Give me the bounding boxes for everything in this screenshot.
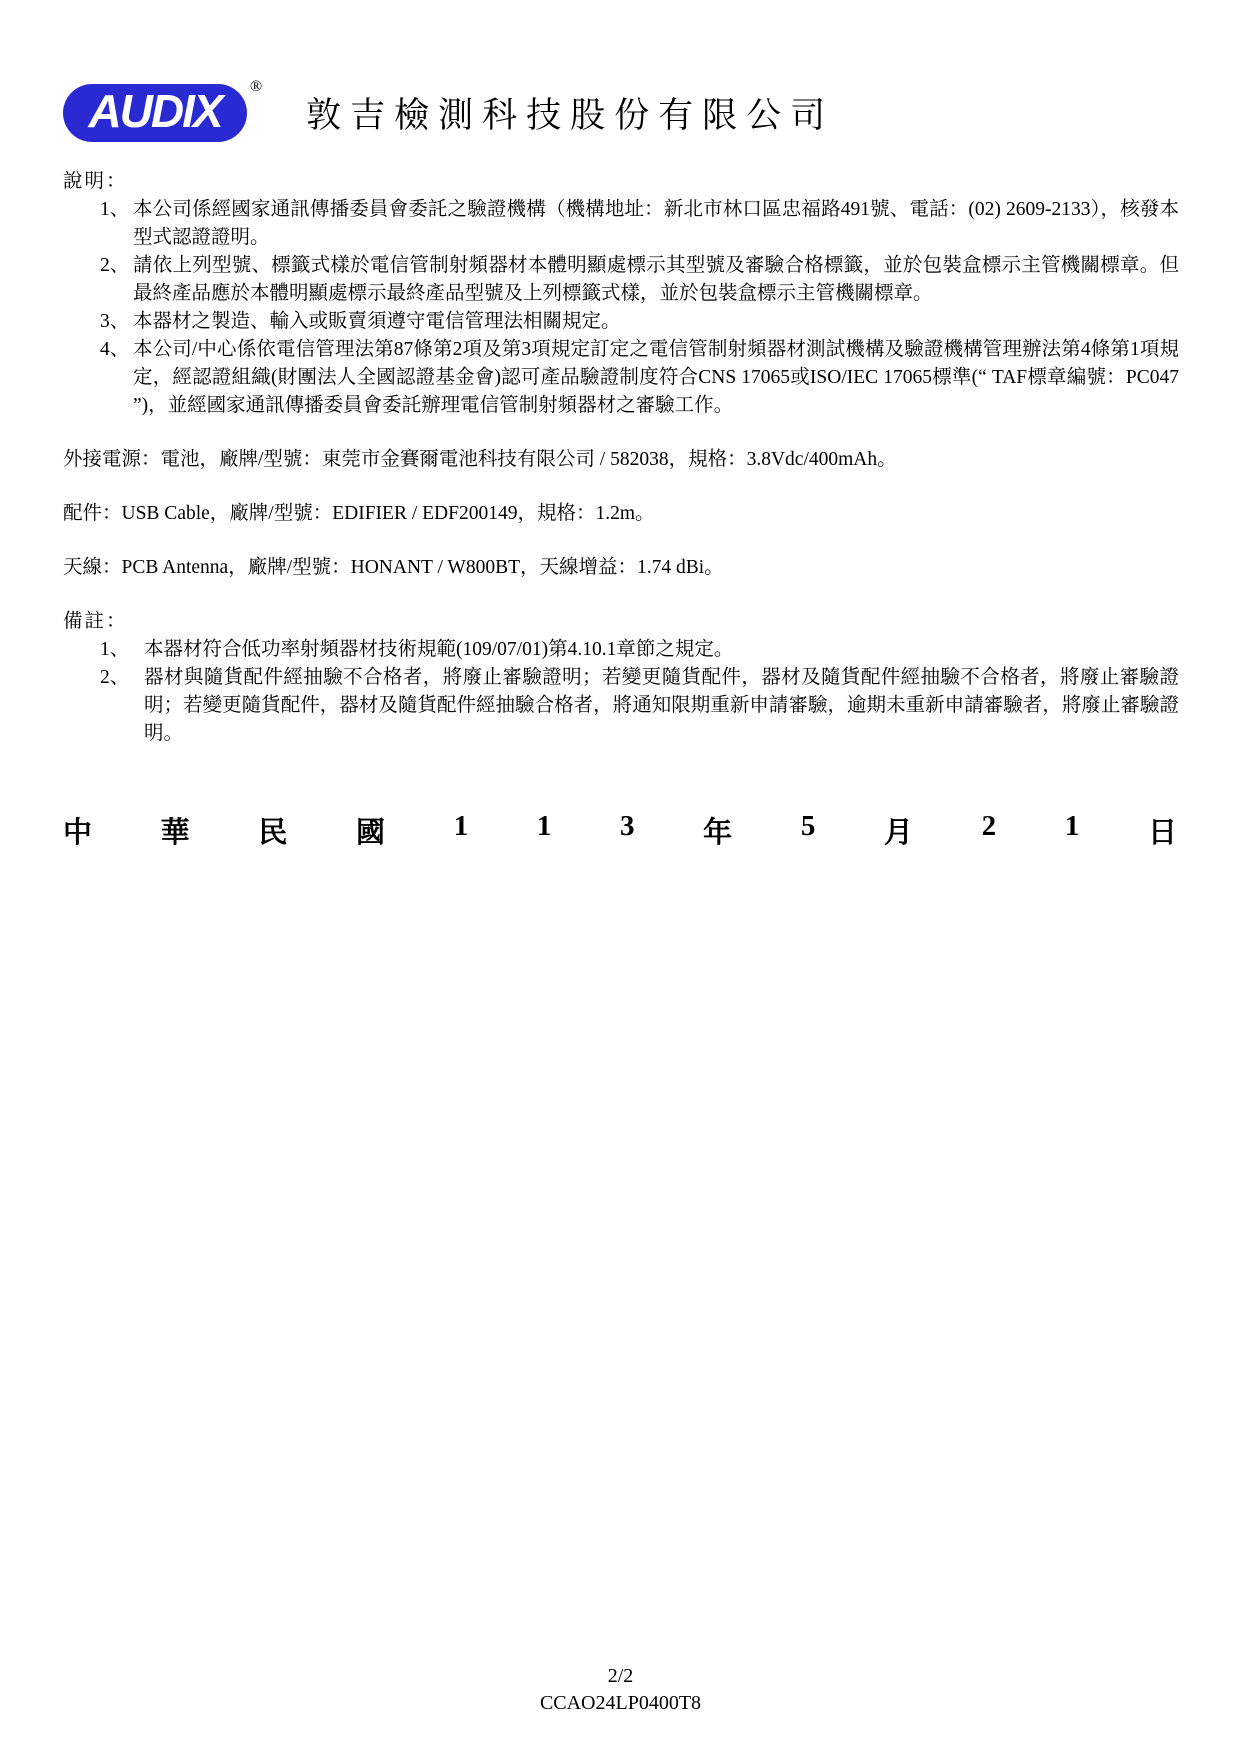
document-header: AUDIX ® 敦吉檢測科技股份有限公司 — [63, 84, 1179, 142]
list-item: 2、 器材與隨貨配件經抽驗不合格者，將廢止審驗證明；若變更隨貨配件，器材及隨貨配… — [100, 664, 1179, 748]
date-char: 年 — [703, 810, 732, 851]
document-page: AUDIX ® 敦吉檢測科技股份有限公司 說明： 1、 本公司係經國家通訊傳播委… — [0, 0, 1241, 1755]
explanation-list: 1、 本公司係經國家通訊傳播委員會委託之驗證機構（機構地址：新北市林口區忠福路4… — [100, 196, 1179, 420]
list-item: 1、 本公司係經國家通訊傳播委員會委託之驗證機構（機構地址：新北市林口區忠福路4… — [100, 196, 1179, 252]
document-footer: 2/2 CCAO24LP0400T8 — [0, 1663, 1241, 1717]
document-content: AUDIX ® 敦吉檢測科技股份有限公司 說明： 1、 本公司係經國家通訊傳播委… — [0, 0, 1241, 851]
date-char: 1 — [1065, 810, 1080, 851]
accessory-line: 配件：USB Cable，廠牌/型號：EDIFIER / EDF200149，規… — [63, 500, 1179, 528]
notes-label: 備註： — [63, 608, 1179, 636]
audix-logo-pill: AUDIX — [63, 84, 247, 142]
item-number: 3、 — [100, 308, 133, 336]
date-char: 3 — [620, 810, 635, 851]
item-number: 2、 — [100, 252, 133, 308]
item-number: 1、 — [100, 196, 133, 252]
date-char: 1 — [537, 810, 552, 851]
date-char: 中 — [63, 810, 92, 851]
explanation-section: 說明： 1、 本公司係經國家通訊傳播委員會委託之驗證機構（機構地址：新北市林口區… — [63, 168, 1179, 420]
date-char: 國 — [356, 810, 385, 851]
date-char: 日 — [1148, 810, 1177, 851]
notes-section: 備註： 1、 本器材符合低功率射頻器材技術規範(109/07/01)第4.10.… — [63, 608, 1179, 748]
item-text: 本器材符合低功率射頻器材技術規範(109/07/01)第4.10.1章節之規定。 — [144, 636, 1179, 664]
list-item: 3、 本器材之製造、輸入或販賣須遵守電信管理法相關規定。 — [100, 308, 1179, 336]
roc-date-line: 中 華 民 國 1 1 3 年 5 月 2 1 日 — [63, 810, 1177, 851]
registered-trademark-icon: ® — [250, 78, 262, 96]
item-number: 1、 — [100, 636, 144, 664]
date-char: 月 — [884, 810, 913, 851]
audix-logo-text: AUDIX — [88, 84, 221, 138]
item-text: 器材與隨貨配件經抽驗不合格者，將廢止審驗證明；若變更隨貨配件，器材及隨貨配件經抽… — [144, 664, 1179, 748]
item-number: 2、 — [100, 664, 144, 748]
item-text: 本公司係經國家通訊傳播委員會委託之驗證機構（機構地址：新北市林口區忠福路491號… — [133, 196, 1179, 252]
item-text: 本器材之製造、輸入或販賣須遵守電信管理法相關規定。 — [133, 308, 1179, 336]
list-item: 4、 本公司/中心係依電信管理法第87條第2項及第3項規定訂定之電信管制射頻器材… — [100, 336, 1179, 420]
item-text: 本公司/中心係依電信管理法第87條第2項及第3項規定訂定之電信管制射頻器材測試機… — [133, 336, 1179, 420]
explanation-label: 說明： — [63, 168, 1179, 196]
date-char: 2 — [982, 810, 997, 851]
document-number: CCAO24LP0400T8 — [0, 1690, 1241, 1717]
audix-logo: AUDIX ® — [63, 84, 262, 142]
date-char: 1 — [454, 810, 469, 851]
company-name: 敦吉檢測科技股份有限公司 — [306, 88, 834, 138]
date-char: 5 — [801, 810, 816, 851]
page-number: 2/2 — [0, 1663, 1241, 1690]
item-text: 請依上列型號、標籤式樣於電信管制射頻器材本體明顯處標示其型號及審驗合格標籤，並於… — [133, 252, 1179, 308]
list-item: 1、 本器材符合低功率射頻器材技術規範(109/07/01)第4.10.1章節之… — [100, 636, 1179, 664]
item-number: 4、 — [100, 336, 133, 420]
date-char: 民 — [258, 810, 287, 851]
notes-list: 1、 本器材符合低功率射頻器材技術規範(109/07/01)第4.10.1章節之… — [100, 636, 1179, 748]
antenna-line: 天線：PCB Antenna，廠牌/型號：HONANT / W800BT，天線增… — [63, 554, 1179, 582]
list-item: 2、 請依上列型號、標籤式樣於電信管制射頻器材本體明顯處標示其型號及審驗合格標籤… — [100, 252, 1179, 308]
external-power-line: 外接電源：電池，廠牌/型號：東莞市金賽爾電池科技有限公司 / 582038，規格… — [63, 446, 1179, 474]
date-char: 華 — [161, 810, 190, 851]
